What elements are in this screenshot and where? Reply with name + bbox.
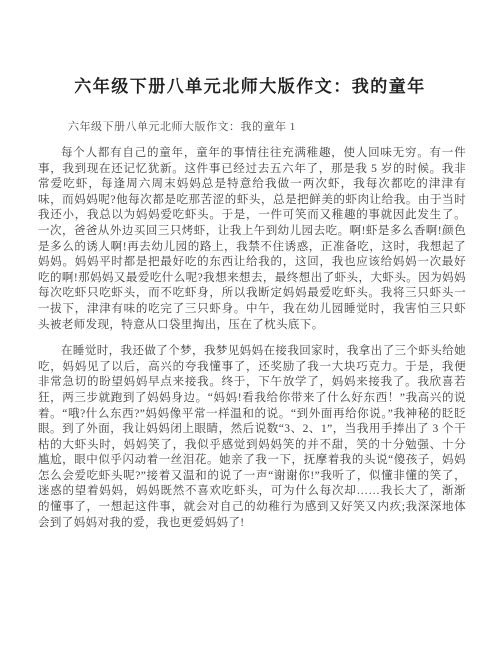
document-page: 六年级下册八单元北师大版作文：我的童年 六年级下册八单元北师大版作文：我的童年 … [0, 0, 500, 647]
document-body: 每个人都有自己的童年，童年的事情往往充满稚趣，使人回味无穷。有一件事，我到现在还… [38, 146, 466, 531]
essay-paragraph-1: 每个人都有自己的童年，童年的事情往往充满稚趣，使人回味无穷。有一件事，我到现在还… [38, 146, 466, 333]
essay-paragraph-2: 在睡觉时，我还做了个梦，我梦见妈妈在接我回家时，我拿出了三个虾头给她吃，妈妈见了… [38, 344, 466, 531]
document-subtitle: 六年级下册八单元北师大版作文：我的童年 1 [68, 118, 500, 134]
document-title: 六年级下册八单元北师大版作文：我的童年 [0, 0, 500, 97]
